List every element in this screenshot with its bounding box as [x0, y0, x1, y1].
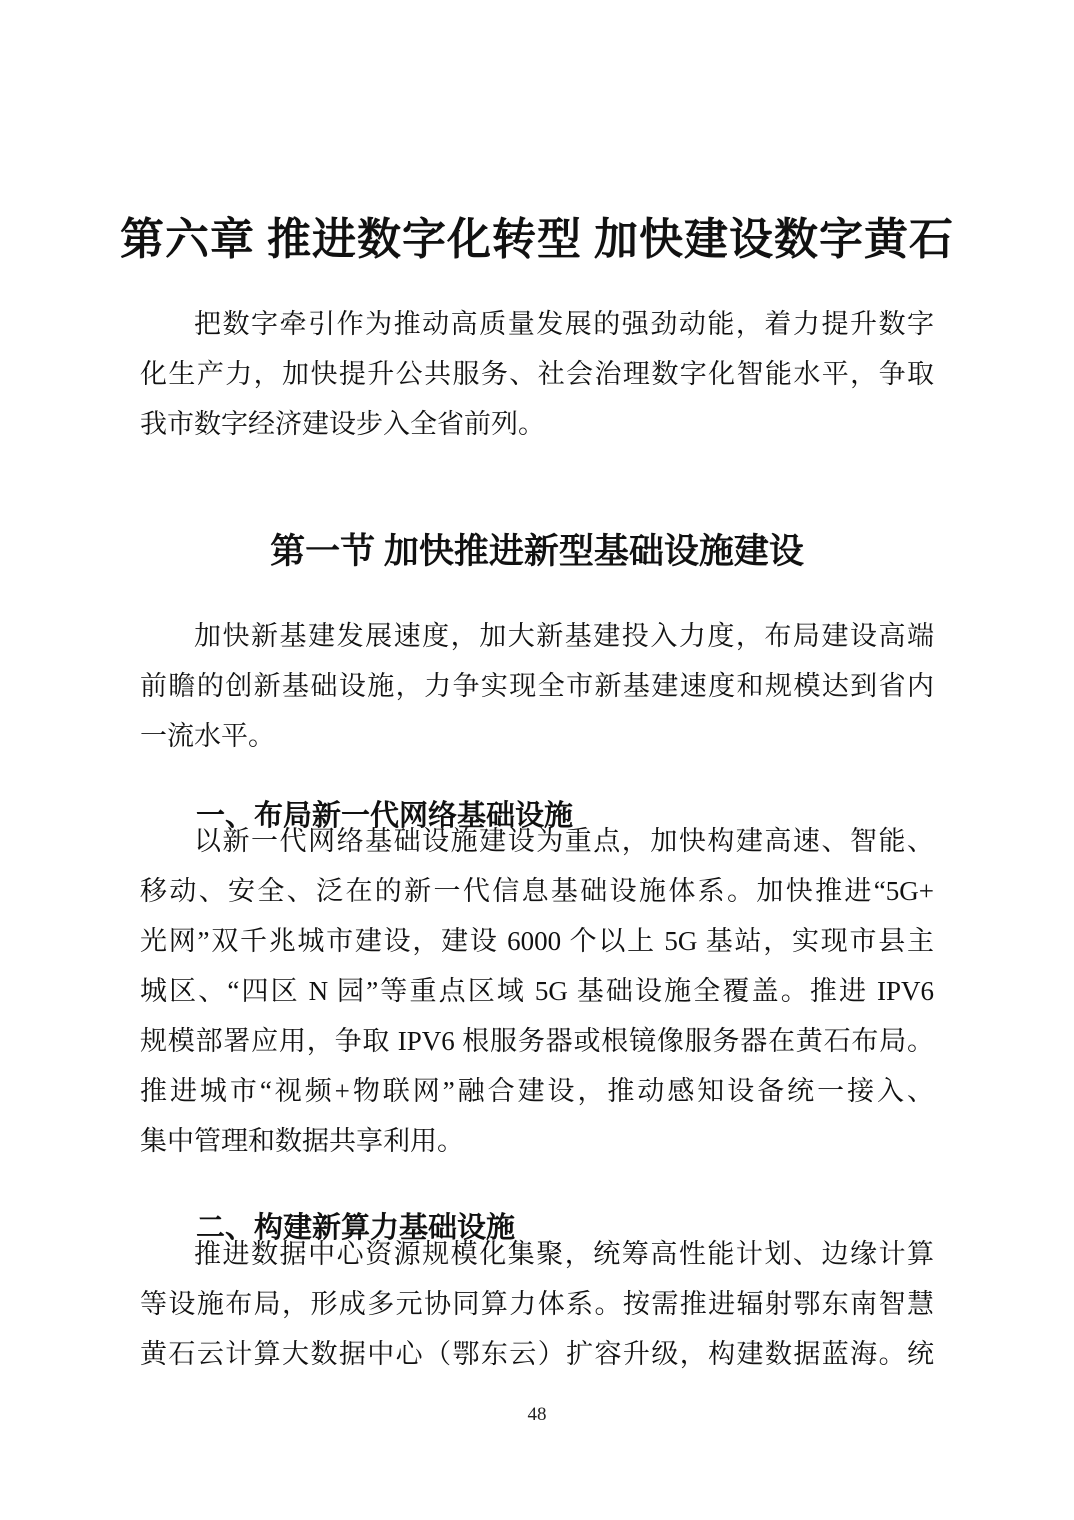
body-line: 以新一代网络基础设施建设为重点，加快构建高速、智能、: [140, 816, 934, 866]
document-page: 第六章 推进数字化转型 加快建设数字黄石 把数字牵引作为推动高质量发展的强劲动能…: [0, 0, 1074, 1520]
body-line: 推进城市“视频+物联网”融合建设，推动感知设备统一接入、: [140, 1066, 934, 1116]
body-line: 光网”双千兆城市建设，建设 6000 个以上 5G 基站，实现市县主: [140, 916, 934, 966]
page-number: 48: [0, 1402, 1074, 1428]
body-line: 一流水平。: [140, 711, 934, 761]
body-line: 集中管理和数据共享利用。: [140, 1116, 934, 1166]
body-line: 把数字牵引作为推动高质量发展的强劲动能，着力提升数字: [140, 299, 934, 349]
body-line: 移动、安全、泛在的新一代信息基础设施体系。加快推进“5G+: [140, 866, 934, 916]
body-line: 前瞻的创新基础设施，力争实现全市新基建速度和规模达到省内: [140, 661, 934, 711]
body-line: 黄石云计算大数据中心（鄂东云）扩容升级，构建数据蓝海。统: [140, 1329, 934, 1379]
body-line: 等设施布局，形成多元协同算力体系。按需推进辐射鄂东南智慧: [140, 1279, 934, 1329]
subsection-1-paragraph: 以新一代网络基础设施建设为重点，加快构建高速、智能、 移动、安全、泛在的新一代信…: [140, 816, 934, 1166]
body-line: 推进数据中心资源规模化集聚，统筹高性能计划、边缘计算: [140, 1229, 934, 1279]
section-title: 第一节 加快推进新型基础设施建设: [0, 524, 1074, 579]
intro-paragraph: 把数字牵引作为推动高质量发展的强劲动能，着力提升数字 化生产力，加快提升公共服务…: [140, 299, 934, 449]
chapter-title: 第六章 推进数字化转型 加快建设数字黄石: [0, 210, 1074, 270]
body-line: 化生产力，加快提升公共服务、社会治理数字化智能水平，争取: [140, 349, 934, 399]
body-line: 规模部署应用，争取 IPV6 根服务器或根镜像服务器在黄石布局。: [140, 1016, 934, 1066]
subsection-2-paragraph: 推进数据中心资源规模化集聚，统筹高性能计划、边缘计算 等设施布局，形成多元协同算…: [140, 1229, 934, 1379]
body-line: 加快新基建发展速度，加大新基建投入力度，布局建设高端: [140, 611, 934, 661]
body-line: 城区、“四区 N 园”等重点区域 5G 基础设施全覆盖。推进 IPV6: [140, 966, 934, 1016]
section-intro-paragraph: 加快新基建发展速度，加大新基建投入力度，布局建设高端 前瞻的创新基础设施，力争实…: [140, 611, 934, 761]
body-line: 我市数字经济建设步入全省前列。: [140, 399, 934, 449]
